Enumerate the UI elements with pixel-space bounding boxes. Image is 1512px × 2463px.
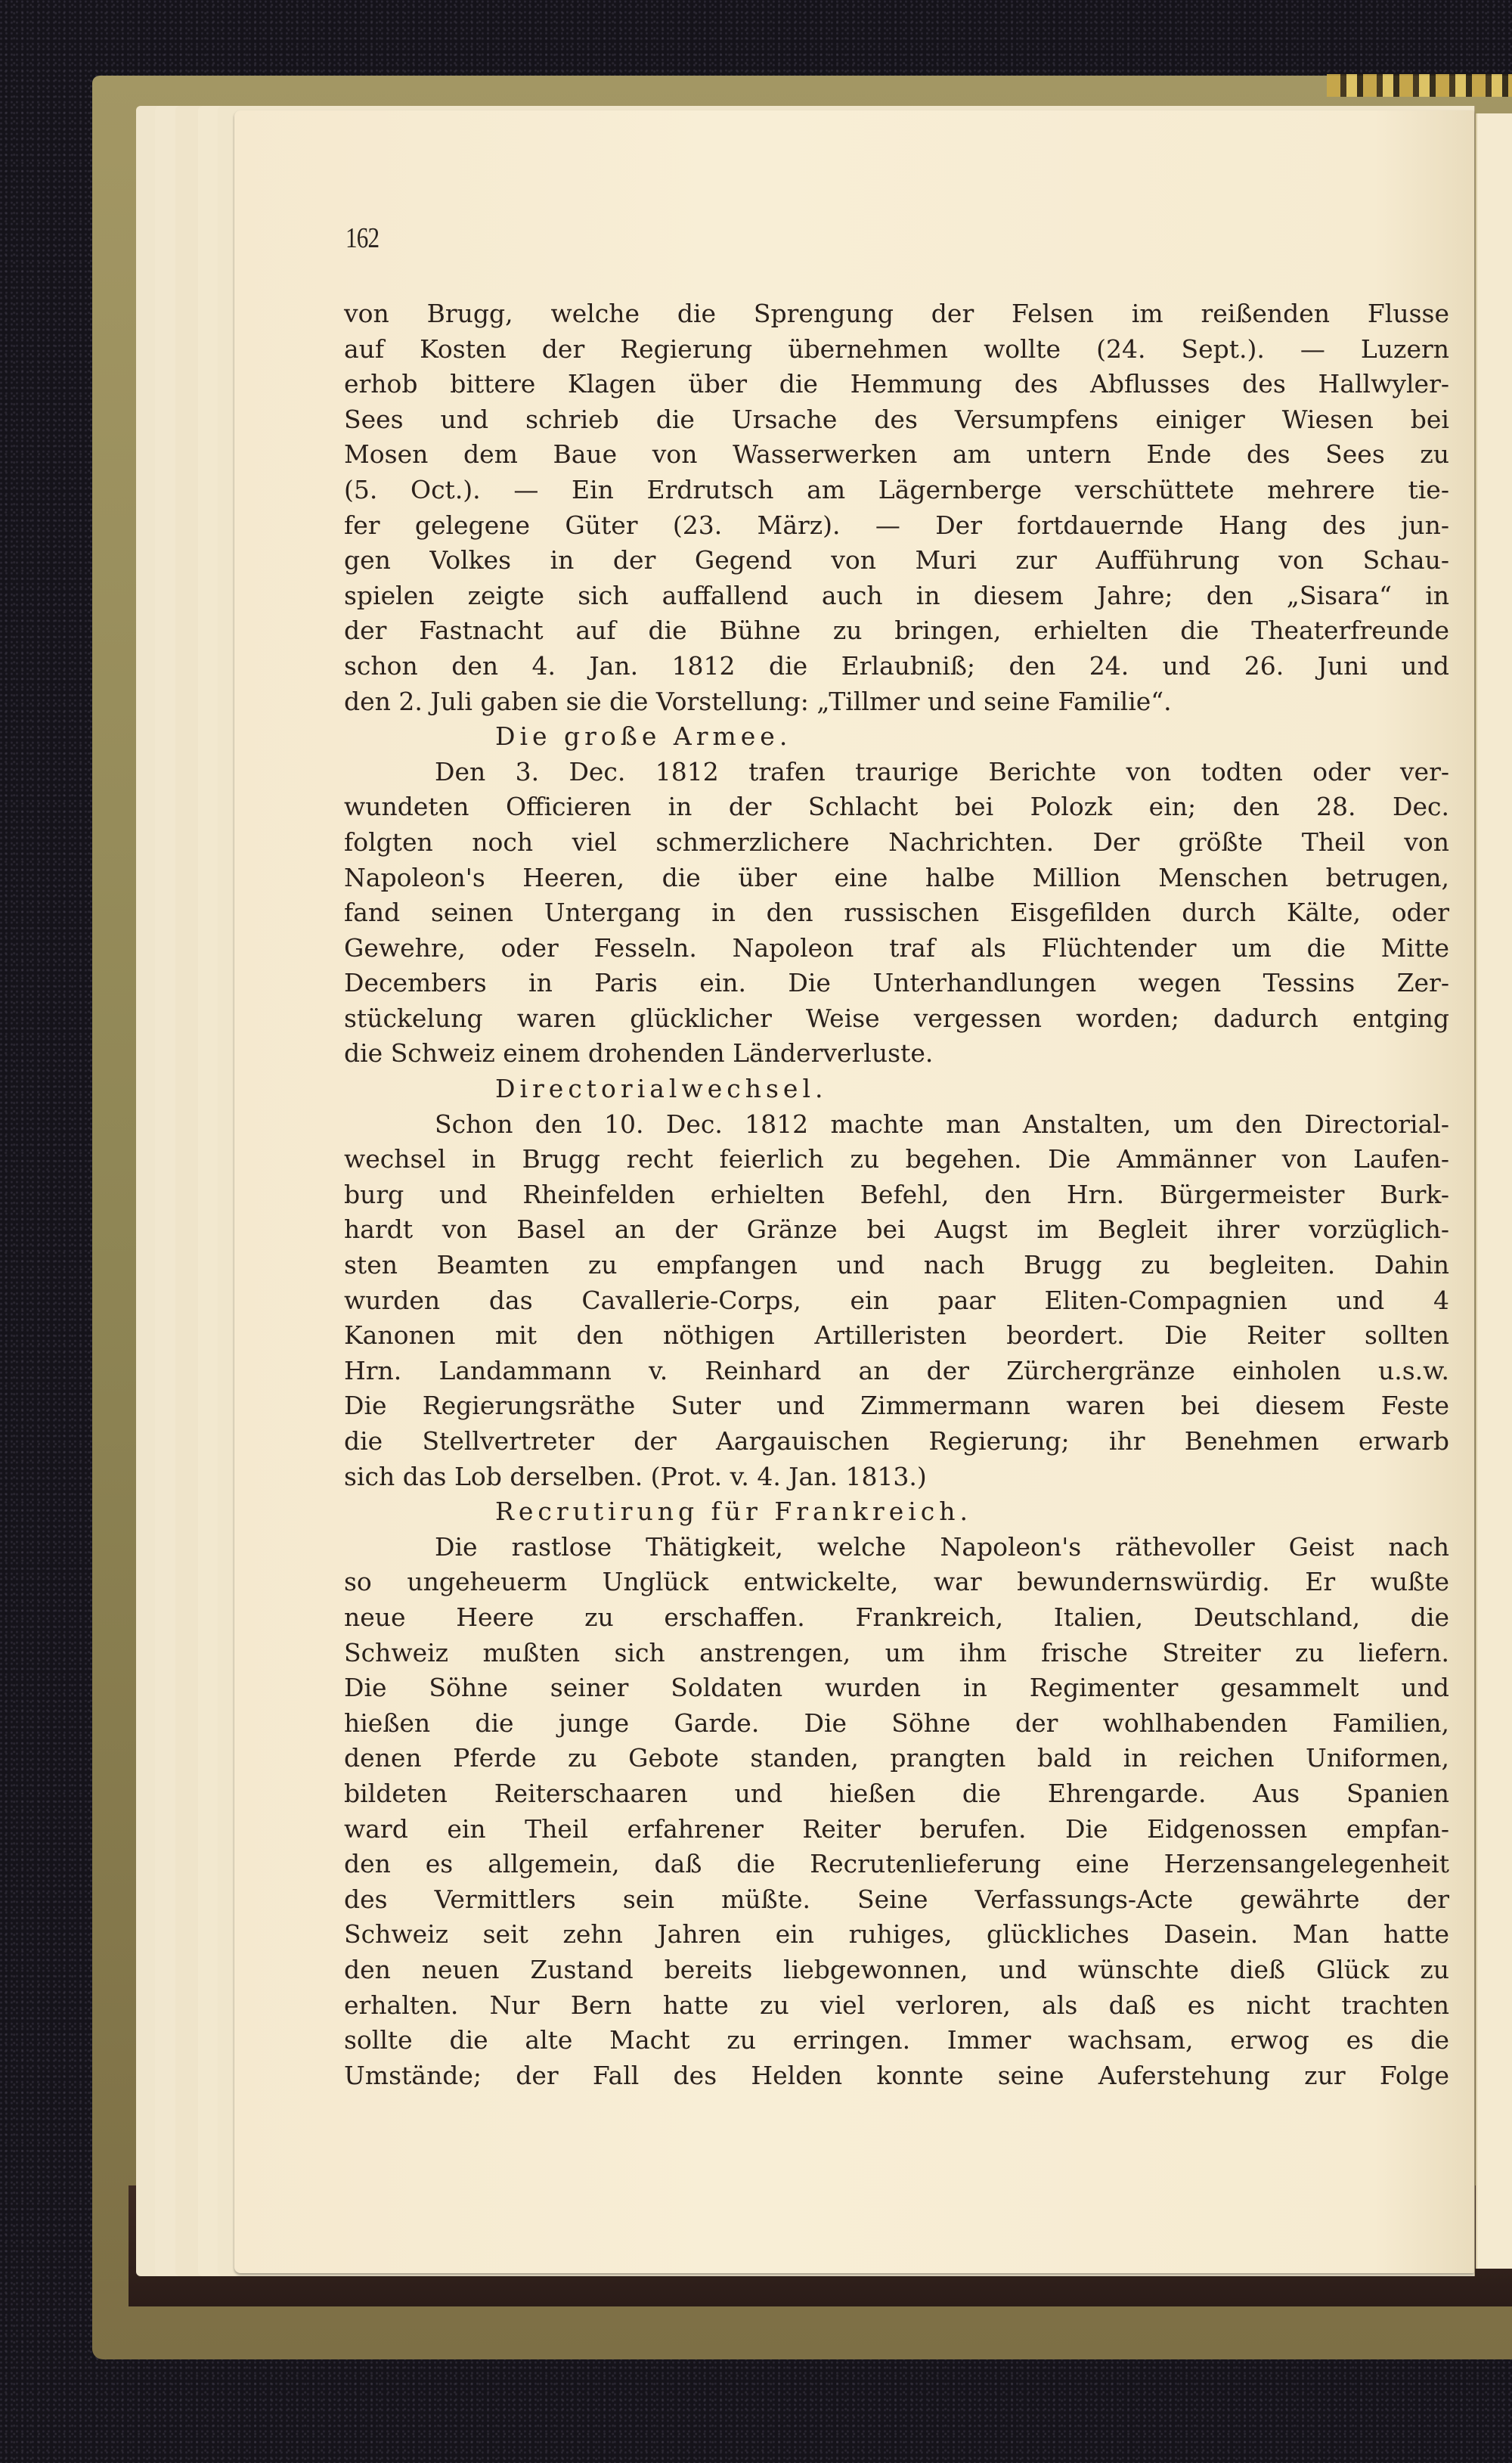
text-line: spielen zeigte sich auffallend auch in d… <box>344 579 1449 614</box>
text-line: sten Beamten zu empfangen und nach Brugg… <box>344 1248 1449 1283</box>
text-line: Schweiz mußten sich anstrengen, um ihm f… <box>344 1636 1449 1671</box>
text-line: sich das Lob derselben. (Prot. v. 4. Jan… <box>344 1459 1449 1495</box>
text-line: Kanonen mit den nöthigen Artilleristen b… <box>344 1318 1449 1354</box>
text-line: sollte die alte Macht zu erringen. Immer… <box>344 2023 1449 2058</box>
text-line: Umstände; der Fall des Helden konnte sei… <box>344 2058 1449 2094</box>
text-line: ward ein Theil erfahrener Reiter berufen… <box>344 1812 1449 1847</box>
section-heading: Directorialwechsel. <box>344 1072 1449 1107</box>
text-line: den 2. Juli gaben sie die Vorstellung: „… <box>344 684 1449 720</box>
text-line: Napoleon's Heeren, die über eine halbe M… <box>344 861 1449 896</box>
text-line: den es allgemein, daß die Recrutenliefer… <box>344 1847 1449 1882</box>
page-body-text: von Brugg, welche die Sprengung der Fels… <box>344 296 1449 2093</box>
text-line: erhalten. Nur Bern hatte zu viel verlore… <box>344 1988 1449 2024</box>
text-line: so ungeheuerm Unglück entwickelte, war b… <box>344 1565 1449 1600</box>
text-line: hardt von Basel an der Gränze bei Augst … <box>344 1212 1449 1248</box>
text-line: der Fastnacht auf die Bühne zu bringen, … <box>344 613 1449 649</box>
text-line: wurden das Cavallerie-Corps, ein paar El… <box>344 1283 1449 1319</box>
text-line: Schon den 10. Dec. 1812 machte man Ansta… <box>344 1107 1449 1143</box>
text-line: hießen die junge Garde. Die Söhne der wo… <box>344 1706 1449 1742</box>
page-number: 162 <box>345 222 379 255</box>
text-line: (5. Oct.). — Ein Erdrutsch am Lägernberg… <box>344 473 1449 508</box>
spine-gilt-lettering <box>1327 74 1512 97</box>
text-line: Schweiz seit zehn Jahren ein ruhiges, gl… <box>344 1917 1449 1953</box>
text-line: neue Heere zu erschaffen. Frankreich, It… <box>344 1600 1449 1636</box>
text-line: die Stellvertreter der Aargauischen Regi… <box>344 1424 1449 1459</box>
text-line: wechsel in Brugg recht feierlich zu bege… <box>344 1142 1449 1177</box>
facing-page-edge <box>1476 113 1512 2269</box>
text-line: wundeten Officieren in der Schlacht bei … <box>344 789 1449 825</box>
text-line: Gewehre, oder Fesseln. Napoleon traf als… <box>344 931 1449 966</box>
text-line: des Vermittlers sein müßte. Seine Verfas… <box>344 1882 1449 1918</box>
text-line: erhob bittere Klagen über die Hemmung de… <box>344 367 1449 402</box>
text-line: Mosen dem Baue von Wasserwerken am unter… <box>344 437 1449 473</box>
text-line: fer gelegene Güter (23. März). — Der for… <box>344 508 1449 544</box>
text-line: burg und Rheinfelden erhielten Befehl, d… <box>344 1177 1449 1213</box>
text-line: stückelung waren glücklicher Weise verge… <box>344 1001 1449 1037</box>
text-line: folgten noch viel schmerzlichere Nachric… <box>344 825 1449 861</box>
text-line: Die Regierungsräthe Suter und Zimmermann… <box>344 1388 1449 1424</box>
text-line: fand seinen Untergang in den russischen … <box>344 895 1449 931</box>
text-line: Die rastlose Thätigkeit, welche Napoleon… <box>344 1530 1449 1565</box>
text-line: Sees und schrieb die Ursache des Versump… <box>344 402 1449 438</box>
text-line: Den 3. Dec. 1812 trafen traurige Bericht… <box>344 755 1449 790</box>
text-line: gen Volkes in der Gegend von Muri zur Au… <box>344 543 1449 579</box>
text-line: von Brugg, welche die Sprengung der Fels… <box>344 296 1449 332</box>
section-heading: Recrutirung für Frankreich. <box>344 1494 1449 1530</box>
text-line: bildeten Reiterschaaren und hießen die E… <box>344 1776 1449 1812</box>
text-line: Decembers in Paris ein. Die Unterhandlun… <box>344 966 1449 1001</box>
text-line: denen Pferde zu Gebote standen, prangten… <box>344 1741 1449 1776</box>
text-line: Die Söhne seiner Soldaten wurden in Regi… <box>344 1670 1449 1706</box>
text-line: schon den 4. Jan. 1812 die Erlaubniß; de… <box>344 649 1449 684</box>
text-line: den neuen Zustand bereits liebgewonnen, … <box>344 1953 1449 1988</box>
text-line: die Schweiz einem drohenden Länderverlus… <box>344 1036 1449 1072</box>
text-line: auf Kosten der Regierung übernehmen woll… <box>344 332 1449 368</box>
section-heading: Die große Armee. <box>344 719 1449 755</box>
text-line: Hrn. Landammann v. Reinhard an der Zürch… <box>344 1354 1449 1389</box>
